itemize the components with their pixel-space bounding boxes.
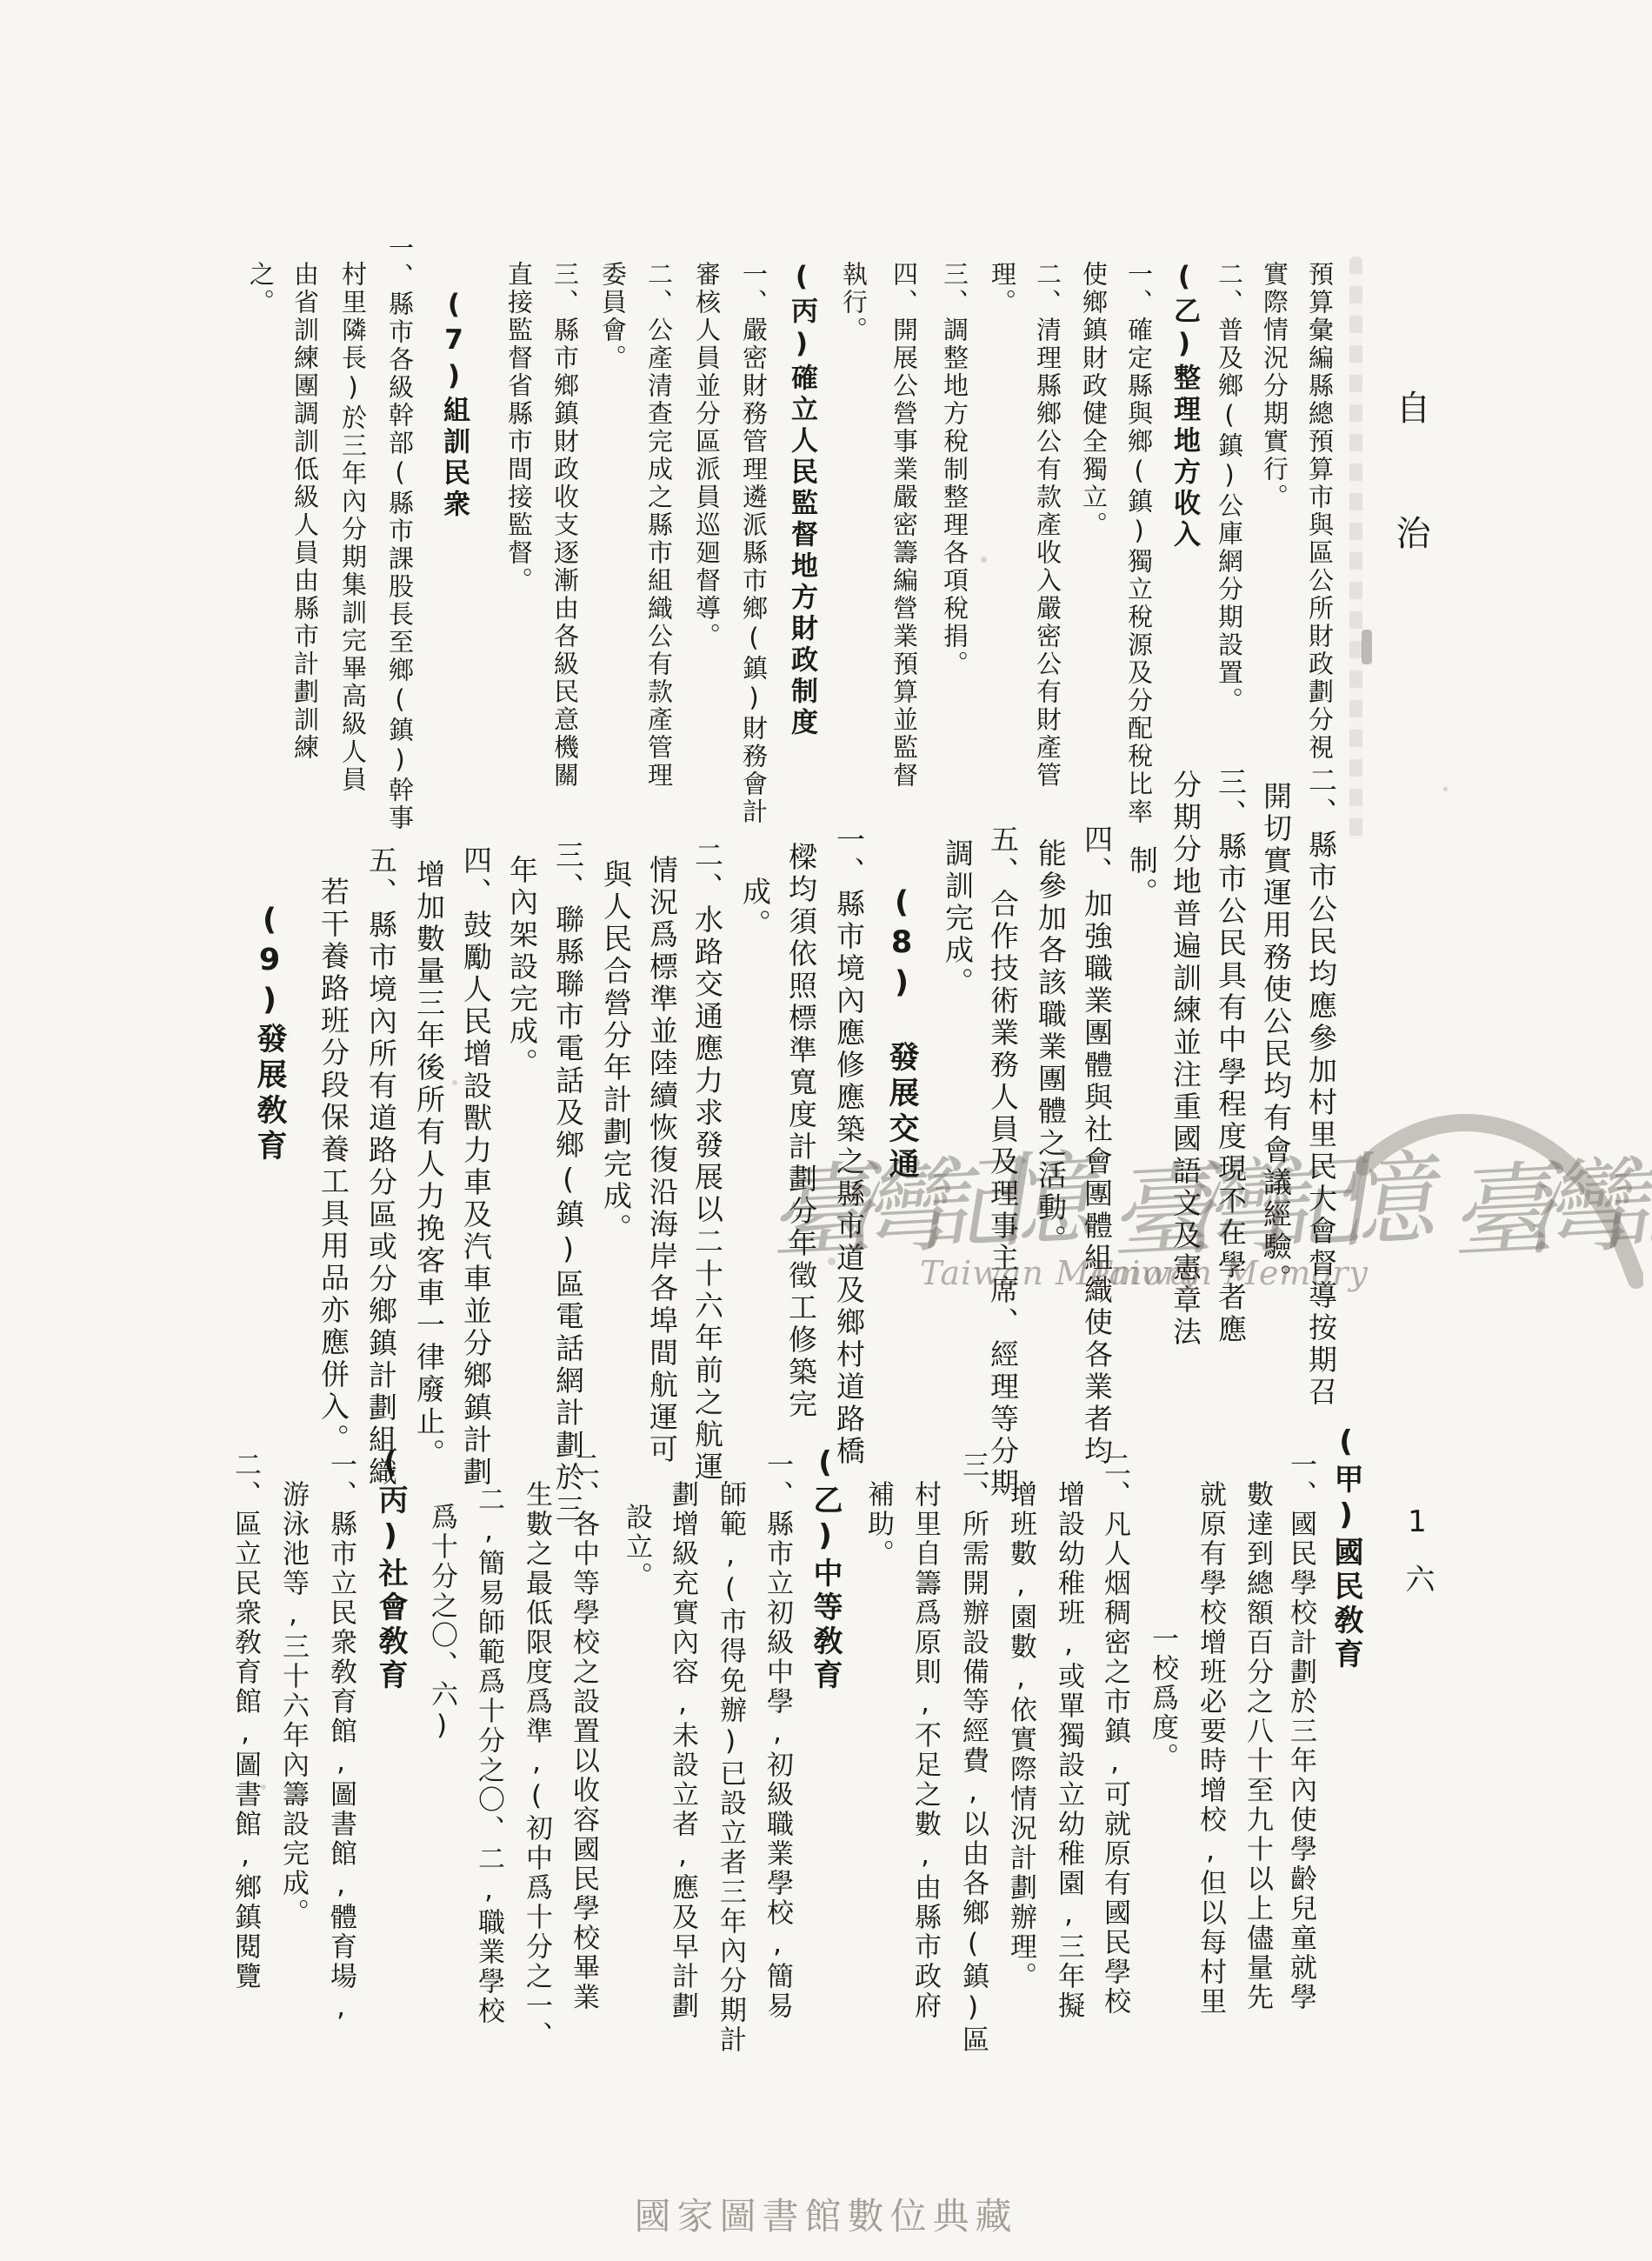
text-column: 若干養路班分段保養工具用品亦應併入。 xyxy=(313,877,354,1456)
text-column: 預算彙編縣總預算市與區公所財政劃分視 xyxy=(1302,261,1338,762)
section-heading-column: (甲)國民敎育 xyxy=(1325,1424,1368,1672)
section-heading-column: (7)組訓民衆 xyxy=(435,289,474,521)
text-column: 生數之最低限度爲準,(初中爲十分之一、 xyxy=(517,1480,556,2051)
text-column: 二、普及鄉(鎮)公庫網分期設置。 xyxy=(1212,261,1248,715)
text-column: 二,簡易師範爲十分之〇、二,職業學校 xyxy=(470,1485,509,2026)
section-heading-column: (9)發展敎育 xyxy=(248,903,291,1165)
scan-speck xyxy=(1362,630,1372,664)
text-column: 四、開展公營事業嚴密籌編營業預算並監督 xyxy=(887,261,923,790)
text-column: 一、確定縣與鄉(鎮)獨立稅源及分配稅比率 xyxy=(1122,261,1157,826)
text-column: 一校爲度。 xyxy=(1143,1624,1182,1772)
verso-bleed-through xyxy=(1349,257,1362,839)
text-column: 分期分地普遍訓練並注重國語文及憲章法 xyxy=(1165,770,1206,1349)
text-column: 游泳池等,三十六年內籌設完成。 xyxy=(274,1480,313,1928)
section-heading-column: (乙)整理地方收入 xyxy=(1165,261,1204,551)
text-column: 實際情況分期實行。 xyxy=(1257,261,1293,511)
text-column: 一、縣市各級幹部(縣市課股長至鄉(鎮)幹事 xyxy=(383,235,418,832)
library-caption: 國家圖書館數位典藏 xyxy=(0,2188,1652,2240)
text-column: 直接監督省縣市間接監督。 xyxy=(502,261,537,595)
text-column: 一、縣市立初級中學,初級職業學校,簡易 xyxy=(758,1451,797,2021)
section-heading-column: (乙)中等敎育 xyxy=(804,1445,847,1693)
text-column: 能參加各該職業團體之活動。 xyxy=(1030,838,1071,1257)
scan-speck xyxy=(828,1257,836,1265)
scan-speck xyxy=(981,557,987,563)
section-heading-column: (丙)社會敎育 xyxy=(370,1445,412,1693)
text-column: 五、縣市境內所有道路分區或分鄉鎮計劃組織 xyxy=(361,845,402,1489)
text-column: 村里隣長)於三年內分期集訓完畢高級人員 xyxy=(336,261,371,794)
scan-speck xyxy=(452,1080,457,1085)
text-column: 一、縣市境內應修應築之縣市道及鄉村道路橋 xyxy=(829,824,869,1468)
text-column: 與人民合營分年計劃完成。 xyxy=(596,859,636,1245)
text-column: 調訓完成。 xyxy=(937,838,978,999)
text-column: 一、國民學校計劃於三年內使學齡兒童就學 xyxy=(1282,1451,1321,2012)
text-column: 情況爲標準並陸續恢復沿海岸各埠間航運可 xyxy=(642,855,683,1466)
text-column: 增設幼稚班,或單獨設立幼稚園,三年擬 xyxy=(1049,1480,1089,2021)
text-column: 四、加強職業團體與社會團體組織使各業者均 xyxy=(1076,824,1117,1468)
text-column: 審核人員並分區派員巡廻督導。 xyxy=(689,261,725,650)
text-column: 補助。 xyxy=(859,1480,898,1569)
text-column: 村里自籌爲原則,不足之數,由縣市政府 xyxy=(906,1480,945,2021)
text-column: 增加數量三年後所有人力挽客車一律廢止。 xyxy=(409,859,450,1471)
text-column: 二、清理縣鄉公有款產收入嚴密公有財產管 xyxy=(1030,261,1066,790)
text-column: 二、區立民衆敎育館,圖書館,鄉鎮閱覽 xyxy=(226,1451,265,1991)
text-column: 開切實運用務使公民均有會議經驗。 xyxy=(1256,781,1296,1296)
section-heading-column: (8) 發展交通 xyxy=(880,885,923,1184)
text-column: 三、聯縣聯市電話及鄉(鎮)區電話網計劃於三 xyxy=(548,840,589,1526)
watermark-latin-text: Taiwan Memory xyxy=(920,1254,1200,1292)
text-column: 增班數,園數,依實際情況計劃辦理。 xyxy=(1002,1480,1041,1991)
text-column: 就原有學校增班必要時增校,但以每村里 xyxy=(1191,1480,1230,2017)
watermark-swash-stroke xyxy=(1356,1106,1643,1289)
text-column: 使鄉鎮財政健全獨立。 xyxy=(1076,261,1112,539)
text-column: 師範,(市得免辦)已設立者三年內分期計 xyxy=(711,1480,750,2055)
text-column: 爲十分之〇、六) xyxy=(423,1503,462,1744)
text-column: 由省訓練團調訓低級人員由縣市計劃訓練 xyxy=(288,261,323,762)
text-column: 制。 xyxy=(1122,845,1162,910)
text-column: 劃增級充實內容,未設立者,應及早計劃 xyxy=(663,1480,703,2021)
running-header: 自治 xyxy=(1386,390,1436,640)
section-heading-column: (丙)確立人民監督地方財政制度 xyxy=(783,261,822,739)
text-column: 設立。 xyxy=(617,1503,656,1591)
text-column: 一、縣市立民衆敎育館,圖書館,體育場, xyxy=(322,1451,361,2025)
text-column: 三、縣市公民具有中學程度現不在學者應 xyxy=(1210,767,1251,1346)
text-column: 成。 xyxy=(735,877,776,941)
text-column: 二、公產清查完成之縣市組織公有款產管理 xyxy=(642,261,677,790)
text-column: 樑均須依照標準寬度計劃分年徵工修築完 xyxy=(781,842,822,1421)
text-column: 一、嚴密財務管理遴派縣市鄉(鎮)財務會計 xyxy=(736,261,772,826)
text-column: 之。 xyxy=(243,261,279,317)
text-column: 數達到總額百分之八十至九十以上儘量先 xyxy=(1238,1480,1277,2012)
text-column: 三、縣市鄉鎮財政收支逐漸由各級民意機關 xyxy=(548,261,583,790)
text-column: 年內架設完成。 xyxy=(502,855,543,1080)
text-column: 理。 xyxy=(985,261,1021,317)
watermark-script-text: 臺灣記憶 xyxy=(1448,1116,1652,1278)
text-column: 二、縣市公民均應參加村里民大會督導按期召 xyxy=(1301,765,1342,1409)
scan-speck xyxy=(261,1784,266,1790)
text-column: 三、調整地方稅制整理各項稅捐。 xyxy=(937,261,973,678)
text-column: 二、水路交通應力求發展以二十六年前之航運 xyxy=(687,840,728,1484)
page-number: 1六 xyxy=(1396,1504,1439,1617)
text-column: 二、凡人烟稠密之市鎮,可就原有國民學校 xyxy=(1096,1451,1135,2017)
text-column: 四、鼓勵人民增設獸力車及汽車並分鄉鎮計劃 xyxy=(456,845,496,1489)
scanned-document-page: 自治 1六 臺灣記憶臺灣記憶臺灣記憶Taiwan MemoryTaiwan Me… xyxy=(0,0,1652,2261)
text-column: 五、合作技術業務人員及理事主席、經理等分期 xyxy=(983,824,1023,1500)
scan-speck xyxy=(1443,787,1448,791)
text-column: 執行。 xyxy=(836,261,872,344)
text-column: 三、所需開辦設備等經費,以由各鄉(鎮)區 xyxy=(954,1451,993,2055)
text-column: 二、各中等學校之設置以收容國民學校畢業 xyxy=(564,1451,603,2012)
text-column: 委員會。 xyxy=(596,261,631,372)
